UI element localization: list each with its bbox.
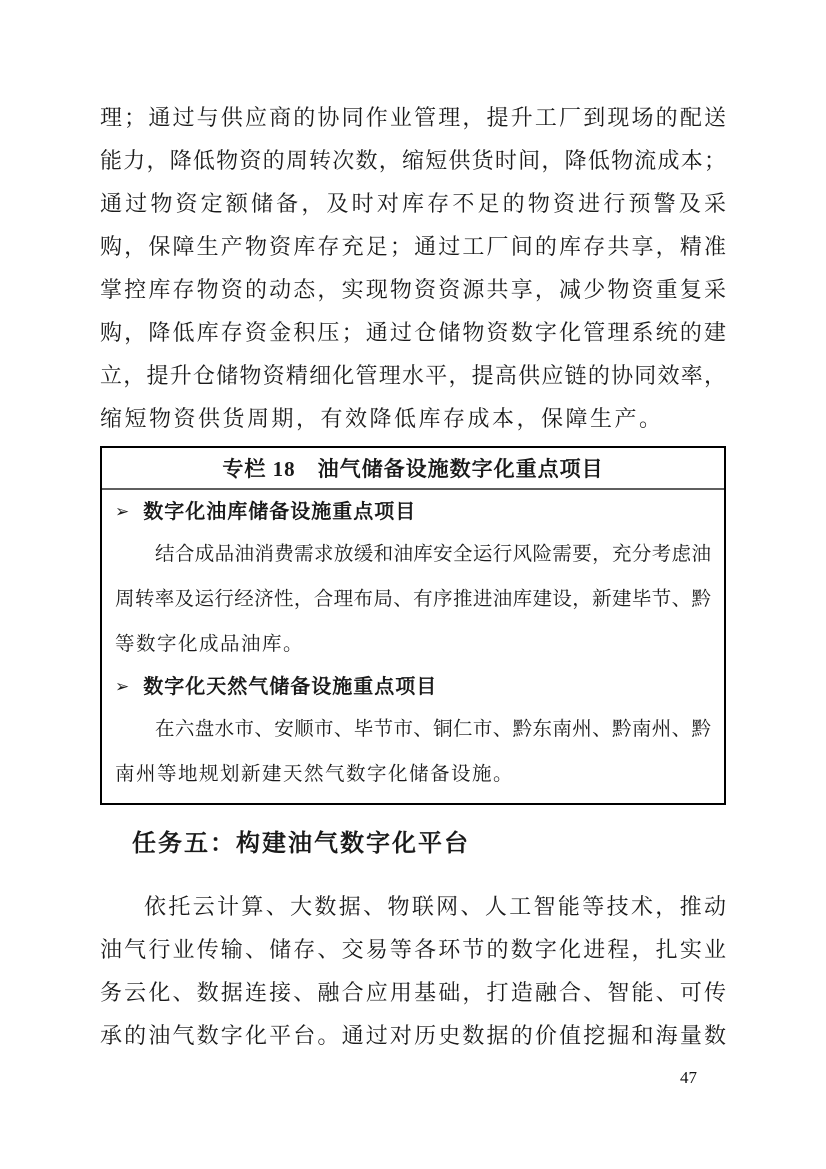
box-text-line: 周转率及运行经济性，合理布局、有序推进油库建设，新建毕节、黔东 [115,577,711,622]
text-line: 购，保障生产物资库存充足；通过工厂间的库存共享，精准 [100,225,726,268]
document-page: 理；通过与供应商的协同作业管理，提升工厂到现场的配送 能力，降低物资的周转次数，… [0,0,826,1169]
page-content: 理；通过与供应商的协同作业管理，提升工厂到现场的配送 能力，降低物资的周转次数，… [100,96,726,1057]
task-heading: 任务五：构建油气数字化平台 [100,829,726,859]
box-section-heading-natural-gas: ➢数字化天然气储备设施重点项目 [115,667,711,707]
text-line: 能力，降低物资的周转次数，缩短供货时间，降低物流成本； [100,139,726,182]
text-line: 缩短物资供货周期，有效降低库存成本，保障生产。 [100,397,726,440]
box-text-line: 在六盘水市、安顺市、毕节市、铜仁市、黔东南州、黔南州、黔西 [115,707,711,752]
box-text-line: 等数字化成品油库。 [115,622,711,667]
closing-paragraph: 依托云计算、大数据、物联网、人工智能等技术，推动 油气行业传输、储存、交易等各环… [100,885,726,1057]
body-paragraph: 理；通过与供应商的协同作业管理，提升工厂到现场的配送 能力，降低物资的周转次数，… [100,96,726,440]
text-line: 购，降低库存资金积压；通过仓储物资数字化管理系统的建 [100,311,726,354]
arrow-bullet-icon: ➢ [115,677,130,696]
text-line: 理；通过与供应商的协同作业管理，提升工厂到现场的配送 [100,96,726,139]
box-body: ➢数字化油库储备设施重点项目 结合成品油消费需求放缓和油库安全运行风险需要，充分… [102,490,724,803]
column-box-18: 专栏 18 油气储备设施数字化重点项目 ➢数字化油库储备设施重点项目 结合成品油… [100,446,726,805]
box-text-line: 南州等地规划新建天然气数字化储备设施。 [115,752,711,797]
text-line: 通过物资定额储备，及时对库存不足的物资进行预警及采 [100,182,726,225]
text-line: 立，提升仓储物资精细化管理水平，提高供应链的协同效率， [100,354,726,397]
text-line: 承的油气数字化平台。通过对历史数据的价值挖掘和海量数 [100,1014,726,1057]
text-line: 依托云计算、大数据、物联网、人工智能等技术，推动 [100,885,726,928]
text-line: 务云化、数据连接、融合应用基础，打造融合、智能、可传 [100,971,726,1014]
text-line: 油气行业传输、储存、交易等各环节的数字化进程，扎实业 [100,928,726,971]
box-section-heading-label: 数字化油库储备设施重点项目 [143,501,416,523]
box-title: 专栏 18 油气储备设施数字化重点项目 [102,448,724,490]
page-number: 47 [680,1068,697,1088]
arrow-bullet-icon: ➢ [115,502,130,521]
text-line: 掌控库存物资的动态，实现物资资源共享，减少物资重复采 [100,268,726,311]
box-text-line: 结合成品油消费需求放缓和油库安全运行风险需要，充分考虑油库 [115,532,711,577]
box-section-heading-label: 数字化天然气储备设施重点项目 [143,676,437,698]
box-section-heading-oil-depot: ➢数字化油库储备设施重点项目 [115,492,711,532]
